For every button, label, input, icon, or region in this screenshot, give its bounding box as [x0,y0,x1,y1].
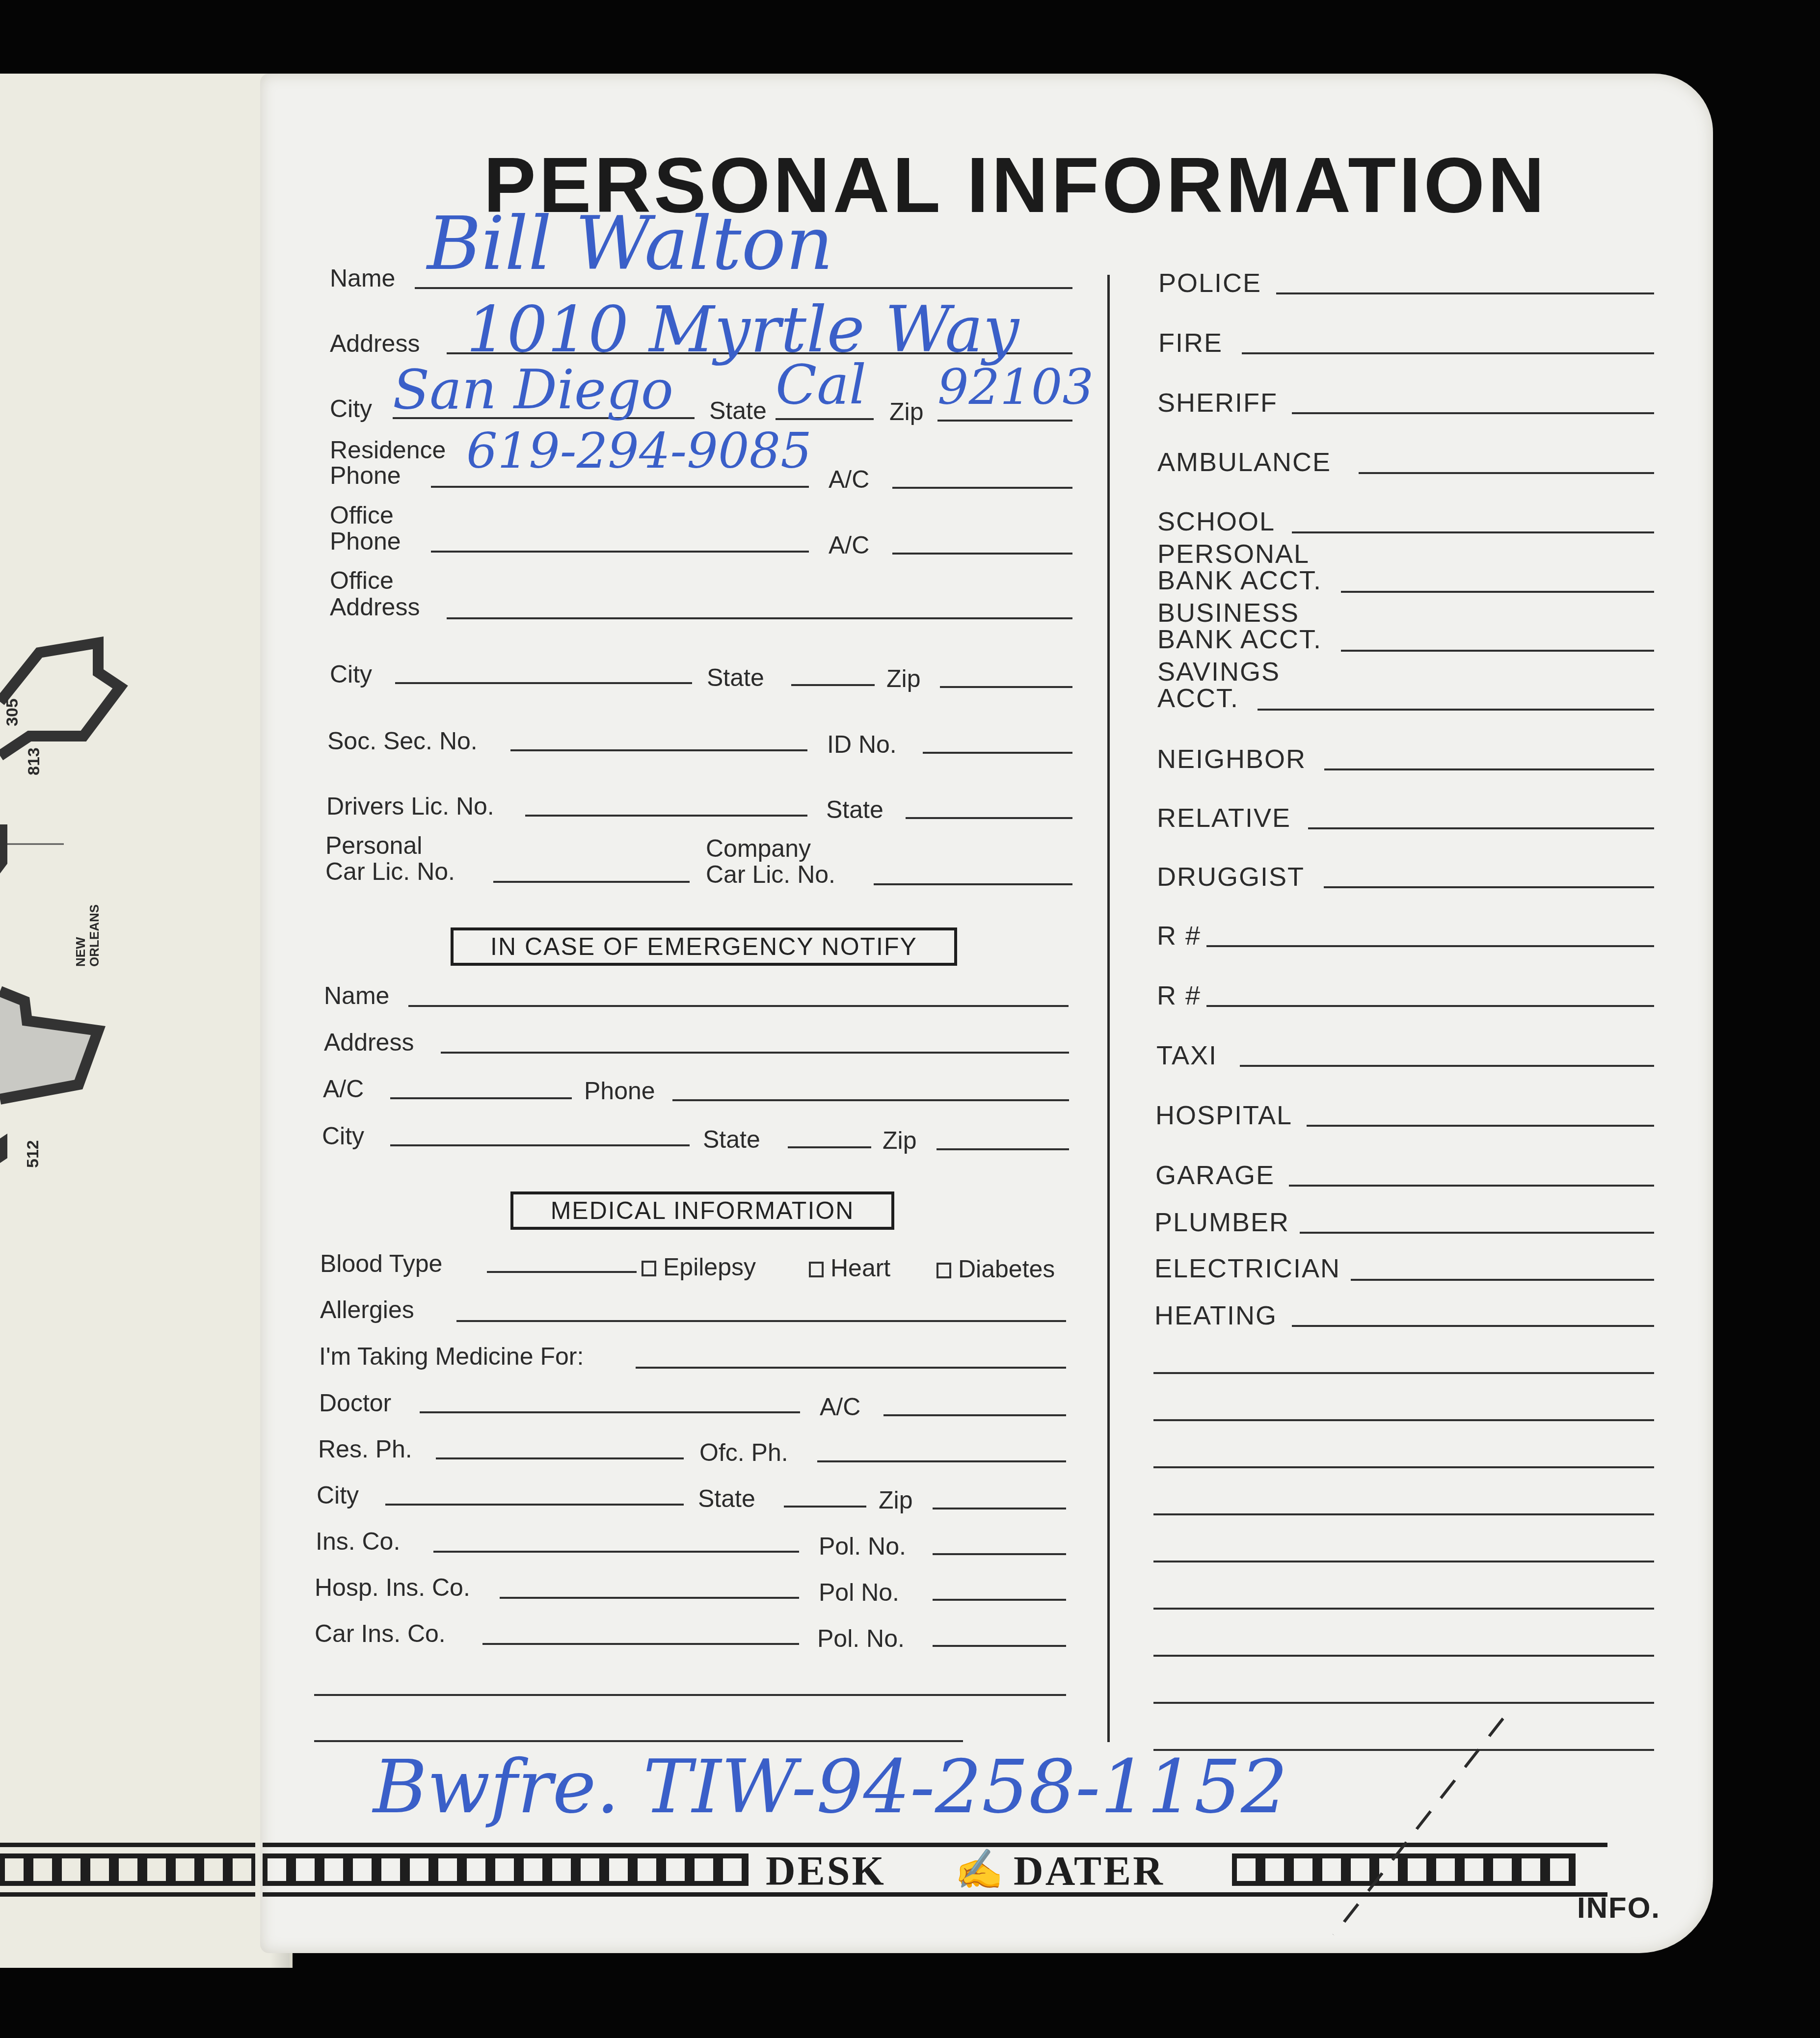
emergency-ac-field[interactable] [390,1097,572,1099]
ofc-ph-label: Ofc. Ph. [699,1439,788,1466]
contact-sheriff-label: SHERIFF [1157,390,1278,416]
office-ac-field[interactable] [892,553,1072,555]
checkbox-diabetes[interactable]: Diabetes [937,1256,1055,1282]
emergency-name-label: Name [324,982,389,1009]
map-label-512: 512 [24,1140,43,1168]
drivers-state-label: State [826,796,883,823]
column-divider [1107,275,1110,1742]
res-ph-field[interactable] [436,1457,684,1459]
doctor-field[interactable] [420,1411,800,1413]
checkbox-icon[interactable] [642,1261,656,1276]
car-pol-field[interactable] [933,1645,1066,1647]
ssn-label: Soc. Sec. No. [327,728,478,754]
emergency-address-label: Address [324,1029,414,1056]
emergency-state-label: State [703,1126,760,1153]
contact-heating-label: HEATING [1154,1302,1277,1329]
emergency-ac-label: A/C [323,1076,364,1102]
contact-relative-field[interactable] [1308,827,1654,829]
id-label: ID No. [827,731,897,758]
area-code-map [0,589,290,1325]
brand-banner: DESK ✍ DATER [263,1843,1607,1897]
contact-druggist-field[interactable] [1324,886,1654,888]
office-ac-label: A/C [829,532,869,558]
ssn-field[interactable] [510,749,807,751]
office-zip-label: Zip [886,665,920,692]
drivers-lic-label: Drivers Lic. No. [326,793,494,820]
office-zip-field[interactable] [940,686,1072,688]
contact-neighbor-field[interactable] [1324,768,1654,770]
contact-electrician-label: ELECTRICIAN [1154,1255,1340,1282]
emergency-zip-field[interactable] [937,1148,1069,1150]
car-ins-field[interactable] [482,1643,799,1645]
contact-heating-field[interactable] [1292,1325,1654,1327]
contact-savings-label-1: SAVINGS [1157,659,1280,685]
left-page-map: 305 813 NEW ORLEANS 512 [0,74,293,1968]
doctor-zip-label: Zip [879,1487,912,1513]
office-phone-field[interactable] [431,551,809,553]
contact-business-bank-field[interactable] [1341,650,1654,652]
city-label: City [330,396,372,422]
ofc-ph-field[interactable] [817,1460,1066,1462]
map-label-new-orleans: NEW ORLEANS [74,918,101,967]
doctor-state-label: State [698,1485,755,1512]
checkbox-icon[interactable] [937,1263,951,1278]
contact-blank-line-2[interactable] [1153,1419,1654,1421]
brand-word-dater: DATER [1014,1848,1165,1895]
residence-phone-label-1: Residence [330,437,446,463]
drivers-state-field[interactable] [906,817,1072,819]
name-label: Name [330,265,395,291]
contact-plumber-field[interactable] [1300,1232,1654,1234]
contact-fire-field[interactable] [1242,352,1654,354]
emergency-zip-label: Zip [883,1127,916,1154]
doctor-zip-field[interactable] [933,1508,1066,1509]
contact-ambulance-label: AMBULANCE [1157,449,1331,476]
emergency-heading: IN CASE OF EMERGENCY NOTIFY [451,927,957,966]
medicine-label: I'm Taking Medicine For: [319,1343,584,1370]
contact-r2-label: R # [1157,982,1201,1009]
office-address-label-1: Office [330,567,394,594]
greek-key-pattern-left [263,1853,749,1886]
contact-school-field[interactable] [1292,531,1654,533]
company-car-field[interactable] [874,883,1072,885]
residence-phone-label-2: Phone [330,462,401,489]
office-phone-label-2: Phone [330,528,401,555]
residence-ac-field[interactable] [892,487,1072,489]
contact-sheriff-field[interactable] [1292,412,1654,414]
state-field[interactable] [776,418,874,420]
extra-line-2[interactable] [314,1740,963,1742]
contact-blank-line-8[interactable] [1153,1702,1654,1704]
contact-blank-line-6[interactable] [1153,1608,1654,1610]
contact-r1-label: R # [1157,923,1201,949]
corner-tab-info[interactable]: INFO. [1577,1891,1660,1925]
brand-logo-icon: ✍ [955,1847,1004,1893]
emergency-address-field[interactable] [441,1052,1069,1054]
office-address-label-2: Address [330,594,420,620]
office-city-field[interactable] [395,682,692,684]
residence-phone-field[interactable] [431,486,809,488]
res-ph-label: Res. Ph. [318,1436,412,1462]
contact-garage-field[interactable] [1289,1185,1654,1187]
office-state-field[interactable] [791,684,875,686]
contact-business-bank-label-2: BANK ACCT. [1157,626,1322,653]
extra-line-1[interactable] [314,1694,1066,1696]
contact-blank-line-5[interactable] [1153,1561,1654,1562]
office-city-label: City [330,661,372,688]
city-value: San Diego [393,358,673,421]
zip-label: Zip [889,398,923,425]
contact-electrician-field[interactable] [1351,1279,1654,1281]
hosp-ins-label: Hosp. Ins. Co. [315,1574,470,1601]
drivers-lic-field[interactable] [525,815,807,817]
contact-r2-field[interactable] [1206,1005,1654,1007]
personal-car-field[interactable] [493,881,690,883]
emergency-phone-label: Phone [584,1078,655,1104]
contact-blank-line-3[interactable] [1153,1466,1654,1468]
allergies-field[interactable] [456,1320,1066,1322]
contact-plumber-label: PLUMBER [1154,1209,1289,1236]
id-field[interactable] [923,752,1072,754]
contact-blank-line-1[interactable] [1153,1372,1654,1374]
brand-word-desk: DESK [766,1848,886,1895]
map-label-813: 813 [25,747,44,775]
map-label-305: 305 [3,698,22,726]
contact-fire-label: FIRE [1158,330,1223,356]
contact-hospital-field[interactable] [1307,1125,1654,1127]
contact-savings-label-2: ACCT. [1157,685,1239,712]
emergency-city-field[interactable] [390,1144,690,1146]
car-ins-label: Car Ins. Co. [315,1620,446,1647]
residence-phone-value: 619-294-9085 [466,422,812,479]
name-value: Bill Walton [427,201,833,287]
doctor-label: Doctor [319,1390,391,1416]
ins-pol-field[interactable] [933,1553,1066,1555]
personal-car-label-2: Car Lic. No. [325,858,455,885]
emergency-name-field-line[interactable] [408,1005,1069,1007]
company-car-label-2: Car Lic. No. [706,861,835,888]
blood-type-field[interactable] [487,1271,637,1273]
checkbox-icon[interactable] [809,1262,824,1277]
handwritten-footer-note: Bwfre. TIW-94-258-1152 [373,1745,1288,1830]
name-field[interactable] [415,287,1072,289]
address-label: Address [330,330,420,357]
contact-taxi-field[interactable] [1240,1065,1654,1067]
emergency-city-label: City [322,1123,364,1149]
address-value: 1010 Myrtle Way [466,292,1019,367]
blood-type-label: Blood Type [320,1250,442,1277]
contact-personal-bank-label-1: PERSONAL [1157,541,1310,567]
zip-value: 92103 [937,358,1094,416]
emergency-phone-field[interactable] [672,1099,1069,1101]
ins-co-field[interactable] [433,1551,799,1553]
emergency-state-field[interactable] [788,1146,871,1148]
office-address-field[interactable] [447,617,1072,619]
contact-ambulance-field[interactable] [1359,472,1654,474]
contact-relative-label: RELATIVE [1157,805,1291,831]
medical-heading: MEDICAL INFORMATION [510,1191,894,1230]
contact-hospital-label: HOSPITAL [1155,1102,1292,1129]
office-phone-label-1: Office [330,502,394,529]
contact-business-bank-label-1: BUSINESS [1157,600,1299,626]
brand-banner-left-page [0,1843,255,1897]
contact-police-field[interactable] [1276,292,1654,294]
hosp-ins-field[interactable] [500,1597,799,1599]
hosp-pol-field[interactable] [933,1599,1066,1601]
contact-druggist-label: DRUGGIST [1157,864,1305,890]
hosp-pol-label: Pol No. [819,1579,899,1606]
medicine-field[interactable] [636,1367,1066,1369]
car-pol-label: Pol. No. [817,1625,905,1652]
contact-taxi-label: TAXI [1156,1042,1217,1069]
doctor-state-field[interactable] [784,1506,866,1508]
contact-blank-line-7[interactable] [1153,1655,1654,1657]
allergies-label: Allergies [320,1297,414,1323]
contact-r1-field[interactable] [1206,945,1654,947]
contact-blank-line-4[interactable] [1153,1513,1654,1515]
ins-co-label: Ins. Co. [316,1528,400,1555]
contact-school-label: SCHOOL [1157,508,1275,535]
state-value: Cal [776,353,866,416]
contact-savings-field[interactable] [1258,709,1654,711]
ins-pol-label: Pol. No. [819,1533,906,1560]
state-label: State [709,397,767,424]
doctor-city-label: City [317,1482,359,1509]
personal-car-label-1: Personal [325,832,422,859]
checkbox-epilepsy[interactable]: Epilepsy [642,1254,756,1280]
contact-neighbor-label: NEIGHBOR [1157,746,1306,772]
contact-garage-label: GARAGE [1155,1162,1275,1189]
contact-personal-bank-field[interactable] [1341,591,1654,593]
office-state-label: State [707,664,764,691]
residence-ac-label: A/C [829,466,869,493]
zip-field[interactable] [937,420,1072,422]
doctor-ac-label: A/C [820,1394,860,1420]
contact-police-label: POLICE [1158,270,1261,296]
doctor-city-field[interactable] [385,1504,684,1506]
contact-personal-bank-label-2: BANK ACCT. [1157,567,1322,594]
company-car-label-1: Company [706,835,811,862]
doctor-ac-field[interactable] [883,1414,1066,1416]
greek-key-pattern-right [1232,1853,1576,1886]
checkbox-heart[interactable]: Heart [809,1255,890,1281]
